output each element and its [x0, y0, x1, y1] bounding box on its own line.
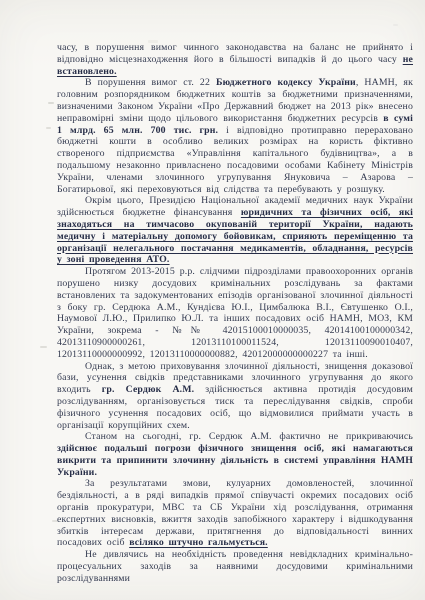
scan-artifact — [40, 346, 47, 348]
document-body: часу, в порушення вимог чинного законода… — [57, 42, 413, 585]
paragraph: Станом на сьогодні, гр. Сердюк А.М. факт… — [57, 431, 413, 478]
text-run-normal: Протягом 2013-2015 р.р. слідчими підрозд… — [57, 266, 413, 360]
text-run-bold: гр. Сердюк А.М. — [102, 384, 194, 395]
paragraph: Не дивлячись на необхідність проведення … — [57, 549, 413, 584]
text-run-normal: Не дивлячись на необхідність проведення … — [57, 549, 413, 584]
text-run-bold: Бюджетного кодексу України — [216, 77, 356, 88]
paragraph: За результатами змови, кулуарних домовле… — [57, 478, 413, 549]
paragraph: В порушення вимог ст. 22 Бюджетного коде… — [57, 77, 413, 195]
scanned-document-page: часу, в порушення вимог чинного законода… — [0, 0, 425, 600]
paragraph: Однак, з метою приховування злочинної ді… — [57, 361, 413, 432]
text-run-normal: В порушення вимог ст. 22 — [85, 77, 216, 88]
text-run-normal: часу, в порушення вимог чинного законода… — [57, 42, 413, 65]
text-run-bold: здійснює подальші погрози фізичного знищ… — [57, 443, 413, 478]
text-run-normal: Станом на сьогодні, гр. Сердюк А.М. факт… — [85, 431, 413, 442]
text-run-bold-underline: всіляко штучно гальмується. — [129, 537, 268, 548]
scan-artifact — [393, 24, 398, 26]
scan-artifact — [48, 102, 54, 104]
scan-artifact — [46, 127, 51, 129]
paragraph: Протягом 2013-2015 р.р. слідчими підрозд… — [57, 266, 413, 360]
paragraph: Окрім цього, Президією Національної акад… — [57, 195, 413, 266]
paragraph: часу, в порушення вимог чинного законода… — [57, 42, 413, 77]
